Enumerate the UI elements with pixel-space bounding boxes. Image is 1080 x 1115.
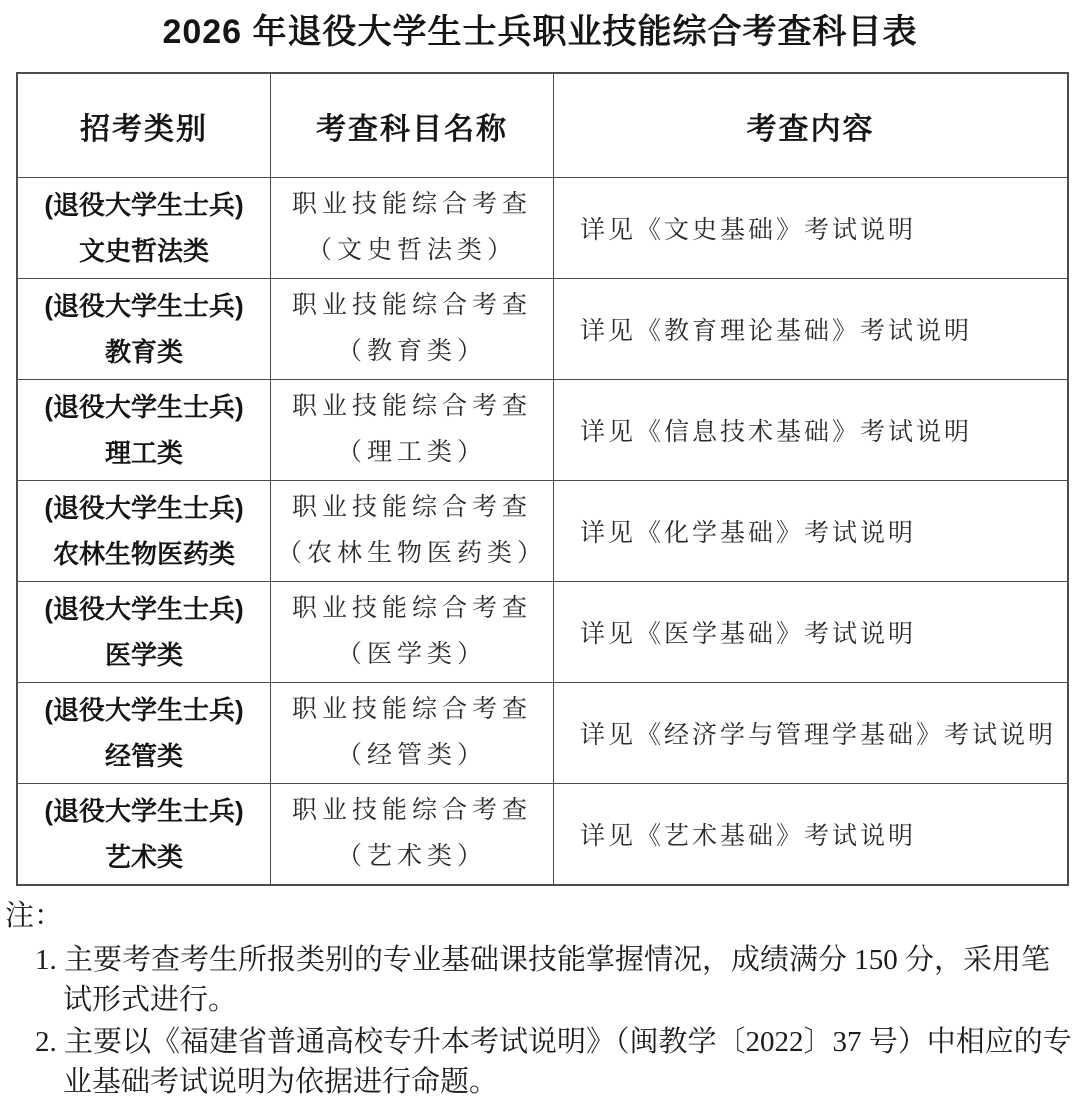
category-cell: (退役大学生士兵) 医学类 (17, 582, 271, 683)
subject-line1: 职业技能综合考查 (271, 485, 553, 531)
subject-line1: 职业技能综合考查 (271, 384, 553, 430)
header-category: 招考类别 (17, 73, 271, 178)
table-row: (退役大学生士兵) 理工类 职业技能综合考查 （理工类） 详见《信息技术基础》考… (17, 380, 1068, 481)
content-cell: 详见《文史基础》考试说明 (554, 178, 1069, 279)
subject-cell: 职业技能综合考查 （农林生物医药类） (271, 481, 554, 582)
category-cell: (退役大学生士兵) 文史哲法类 (17, 178, 271, 279)
subject-line2: （理工类） (271, 430, 553, 476)
content-cell: 详见《教育理论基础》考试说明 (554, 279, 1069, 380)
table-header-row: 招考类别 考查科目名称 考查内容 (17, 73, 1068, 178)
category-cell: (退役大学生士兵) 理工类 (17, 380, 271, 481)
subject-cell: 职业技能综合考查 （文史哲法类） (271, 178, 554, 279)
table-row: (退役大学生士兵) 文史哲法类 职业技能综合考查 （文史哲法类） 详见《文史基础… (17, 178, 1068, 279)
subject-line1: 职业技能综合考查 (271, 788, 553, 834)
category-prefix: (退役大学生士兵) (18, 182, 270, 228)
notes-section: 注： 1. 主要考查考生所报类别的专业基础课技能掌握情况，成绩满分 150 分，… (5, 896, 1080, 1102)
subject-line2: （教育类） (271, 329, 553, 375)
category-name: 教育类 (18, 329, 270, 375)
table-row: (退役大学生士兵) 艺术类 职业技能综合考查 （艺术类） 详见《艺术基础》考试说… (17, 784, 1068, 886)
note-item-2: 2. 主要以《福建省普通高校专升本考试说明》（闽教学〔2022〕37 号）中相应… (5, 1022, 1080, 1102)
category-prefix: (退役大学生士兵) (18, 283, 270, 329)
content-cell: 详见《信息技术基础》考试说明 (554, 380, 1069, 481)
subject-cell: 职业技能综合考查 （医学类） (271, 582, 554, 683)
category-name: 文史哲法类 (18, 228, 270, 274)
subject-line2: （经管类） (271, 733, 553, 779)
content-cell: 详见《医学基础》考试说明 (554, 582, 1069, 683)
category-name: 医学类 (18, 632, 270, 678)
subject-table: 招考类别 考查科目名称 考查内容 (退役大学生士兵) 文史哲法类 职业技能综合考… (16, 72, 1069, 886)
subject-cell: 职业技能综合考查 （教育类） (271, 279, 554, 380)
header-content: 考查内容 (554, 73, 1069, 178)
subject-cell: 职业技能综合考查 （理工类） (271, 380, 554, 481)
subject-line1: 职业技能综合考查 (271, 586, 553, 632)
category-cell: (退役大学生士兵) 经管类 (17, 683, 271, 784)
table-row: (退役大学生士兵) 农林生物医药类 职业技能综合考查 （农林生物医药类） 详见《… (17, 481, 1068, 582)
subject-line1: 职业技能综合考查 (271, 687, 553, 733)
subject-line2: （艺术类） (271, 834, 553, 880)
table-row: (退役大学生士兵) 经管类 职业技能综合考查 （经管类） 详见《经济学与管理学基… (17, 683, 1068, 784)
subject-line1: 职业技能综合考查 (271, 283, 553, 329)
subject-cell: 职业技能综合考查 （艺术类） (271, 784, 554, 886)
content-cell: 详见《艺术基础》考试说明 (554, 784, 1069, 886)
category-prefix: (退役大学生士兵) (18, 788, 270, 834)
table-row: (退役大学生士兵) 医学类 职业技能综合考查 （医学类） 详见《医学基础》考试说… (17, 582, 1068, 683)
category-prefix: (退役大学生士兵) (18, 687, 270, 733)
content-cell: 详见《经济学与管理学基础》考试说明 (554, 683, 1069, 784)
category-name: 农林生物医药类 (18, 531, 270, 577)
category-prefix: (退役大学生士兵) (18, 485, 270, 531)
subject-line2: （文史哲法类） (271, 228, 553, 274)
category-name: 艺术类 (18, 834, 270, 880)
header-subject-name: 考查科目名称 (271, 73, 554, 178)
page-title: 2026 年退役大学生士兵职业技能综合考查科目表 (0, 0, 1080, 60)
category-prefix: (退役大学生士兵) (18, 384, 270, 430)
document-page: 2026 年退役大学生士兵职业技能综合考查科目表 招考类别 考查科目名称 考查内… (0, 0, 1080, 1115)
note-item-1: 1. 主要考查考生所报类别的专业基础课技能掌握情况，成绩满分 150 分，采用笔… (5, 940, 1080, 1020)
table-row: (退役大学生士兵) 教育类 职业技能综合考查 （教育类） 详见《教育理论基础》考… (17, 279, 1068, 380)
subject-cell: 职业技能综合考查 （经管类） (271, 683, 554, 784)
subject-line2: （医学类） (271, 632, 553, 678)
category-prefix: (退役大学生士兵) (18, 586, 270, 632)
category-name: 经管类 (18, 733, 270, 779)
notes-label: 注： (5, 896, 1080, 936)
subject-line1: 职业技能综合考查 (271, 182, 553, 228)
content-cell: 详见《化学基础》考试说明 (554, 481, 1069, 582)
category-name: 理工类 (18, 430, 270, 476)
category-cell: (退役大学生士兵) 艺术类 (17, 784, 271, 886)
category-cell: (退役大学生士兵) 农林生物医药类 (17, 481, 271, 582)
category-cell: (退役大学生士兵) 教育类 (17, 279, 271, 380)
subject-line2: （农林生物医药类） (271, 531, 553, 577)
